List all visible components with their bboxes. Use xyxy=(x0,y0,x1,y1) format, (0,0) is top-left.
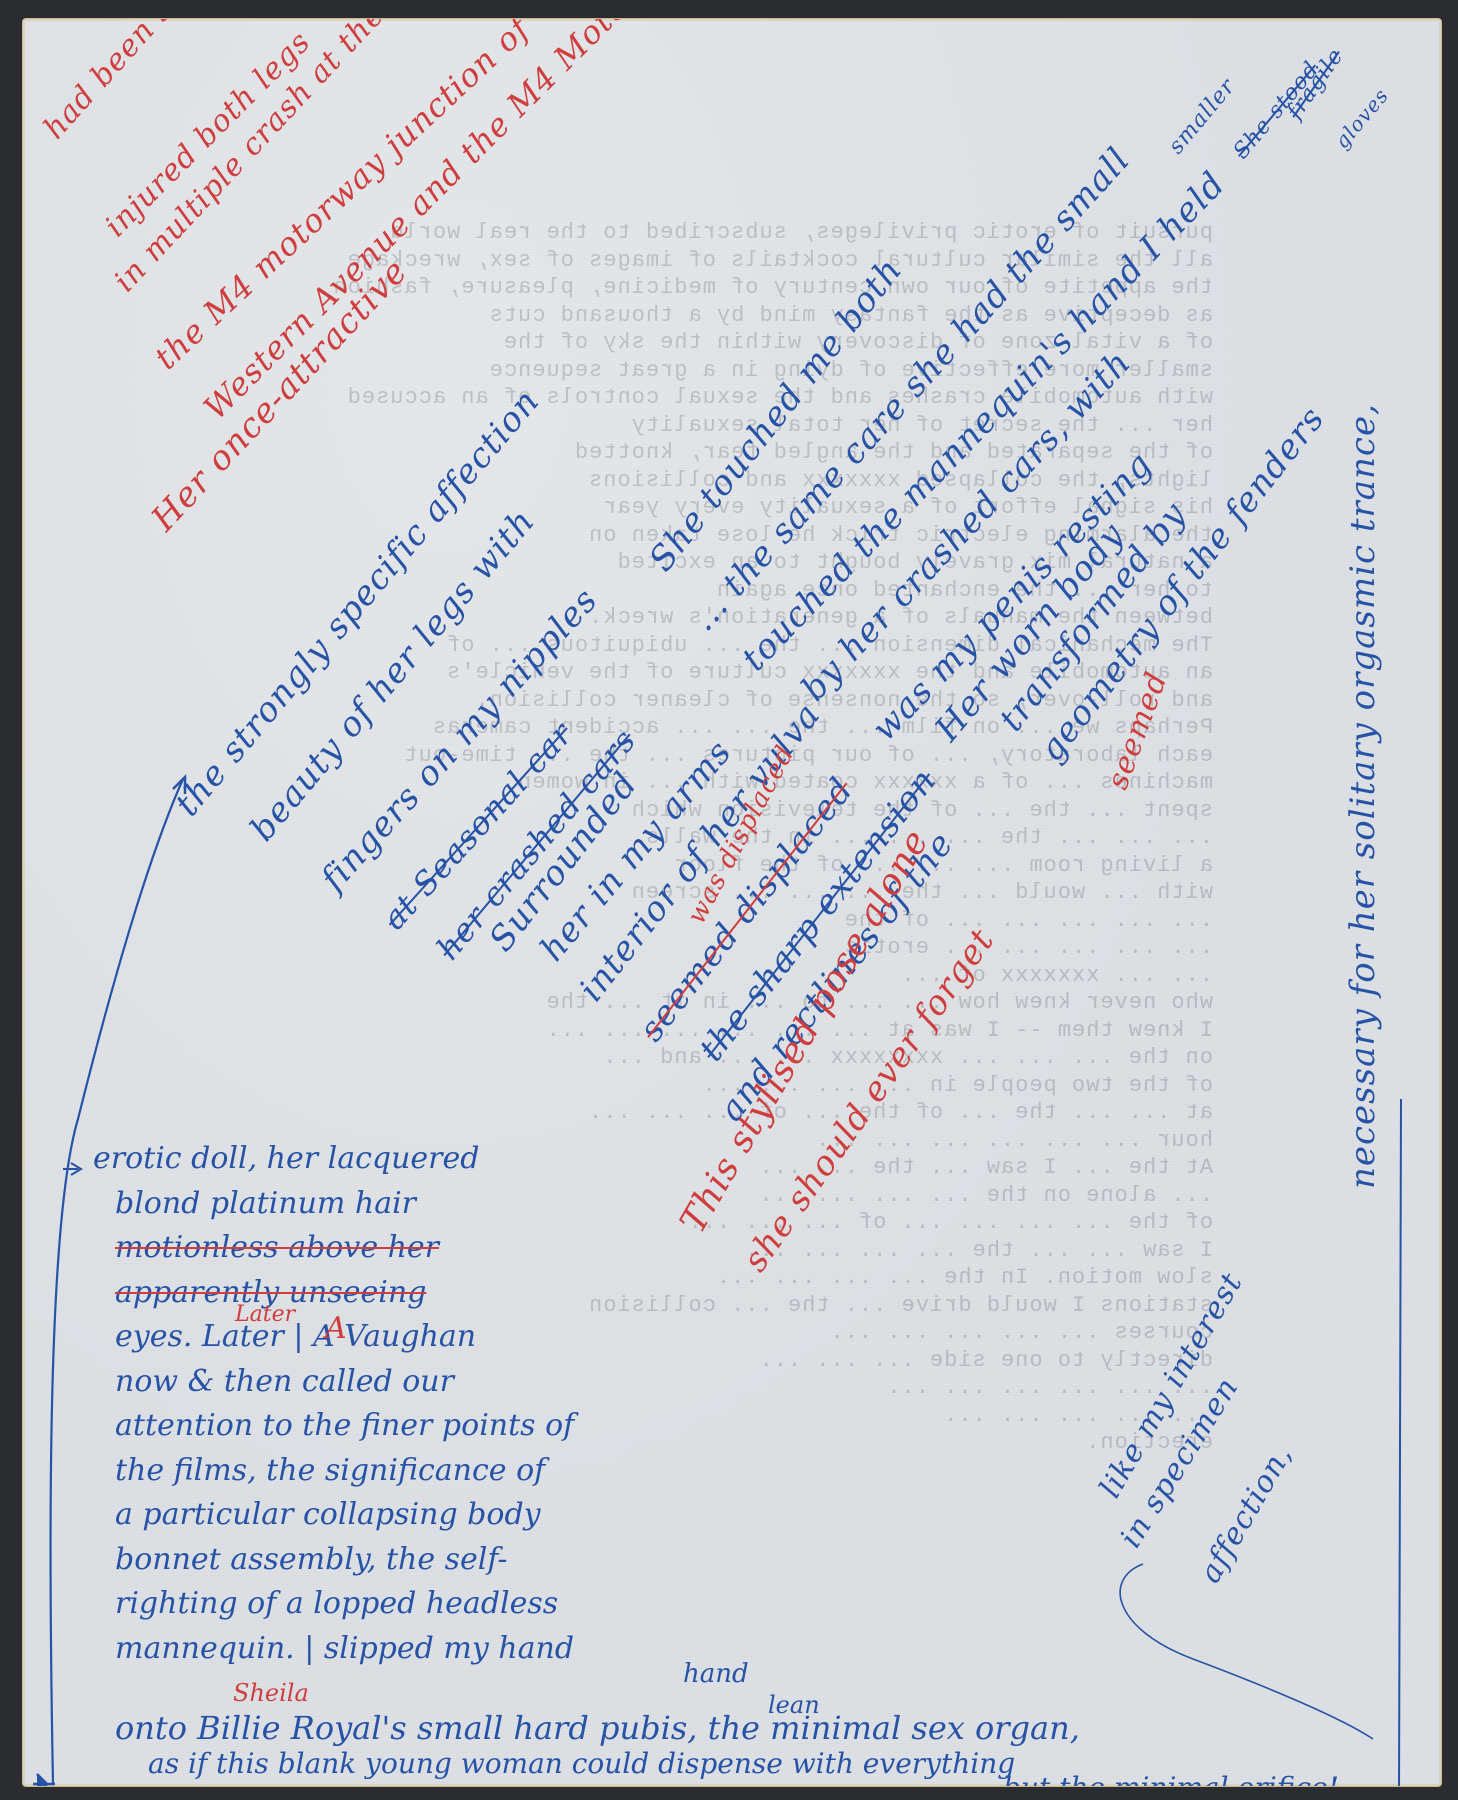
red-correction-a: A xyxy=(325,1307,347,1352)
insert-line-10: bonnet assembly, the self- xyxy=(115,1538,574,1583)
bottom-insert-hand: hand xyxy=(683,1659,749,1689)
insert-line-12: mannequin. | slipped my hand xyxy=(115,1627,574,1672)
red-correction-later: Later xyxy=(235,1293,295,1338)
insert-line-3: motionless above her xyxy=(115,1226,574,1271)
bottom-line-3: but the minimal orifice! xyxy=(1003,1771,1339,1787)
insert-line-8: the films, the significance of xyxy=(115,1449,574,1494)
bottom-left-insertion-block: erotic doll, her lacquered blond platinu… xyxy=(93,1137,552,1671)
bottom-line-2: as if this blank young woman could dispe… xyxy=(148,1747,1015,1780)
insert-line-11: righting of a lopped headless xyxy=(115,1582,574,1627)
insert-line-1: erotic doll, her lacquered xyxy=(93,1137,552,1182)
insert-line-2: blond platinum hair xyxy=(115,1182,574,1227)
insert-line-5: eyes. Later | A Vaughan Later A xyxy=(115,1315,574,1360)
bottom-line-1: onto Billie Royal's small hard pubis, th… xyxy=(115,1709,1080,1747)
insert-line-7: attention to the finer points of xyxy=(115,1404,574,1449)
manuscript-page: pursuit of erotic privileges, subscribed… xyxy=(22,18,1442,1787)
insert-line-6: now & then called our xyxy=(115,1360,574,1405)
insert-line-9: a particular collapsing body xyxy=(115,1493,574,1538)
red-correction-sheila: Sheila xyxy=(233,1679,309,1707)
